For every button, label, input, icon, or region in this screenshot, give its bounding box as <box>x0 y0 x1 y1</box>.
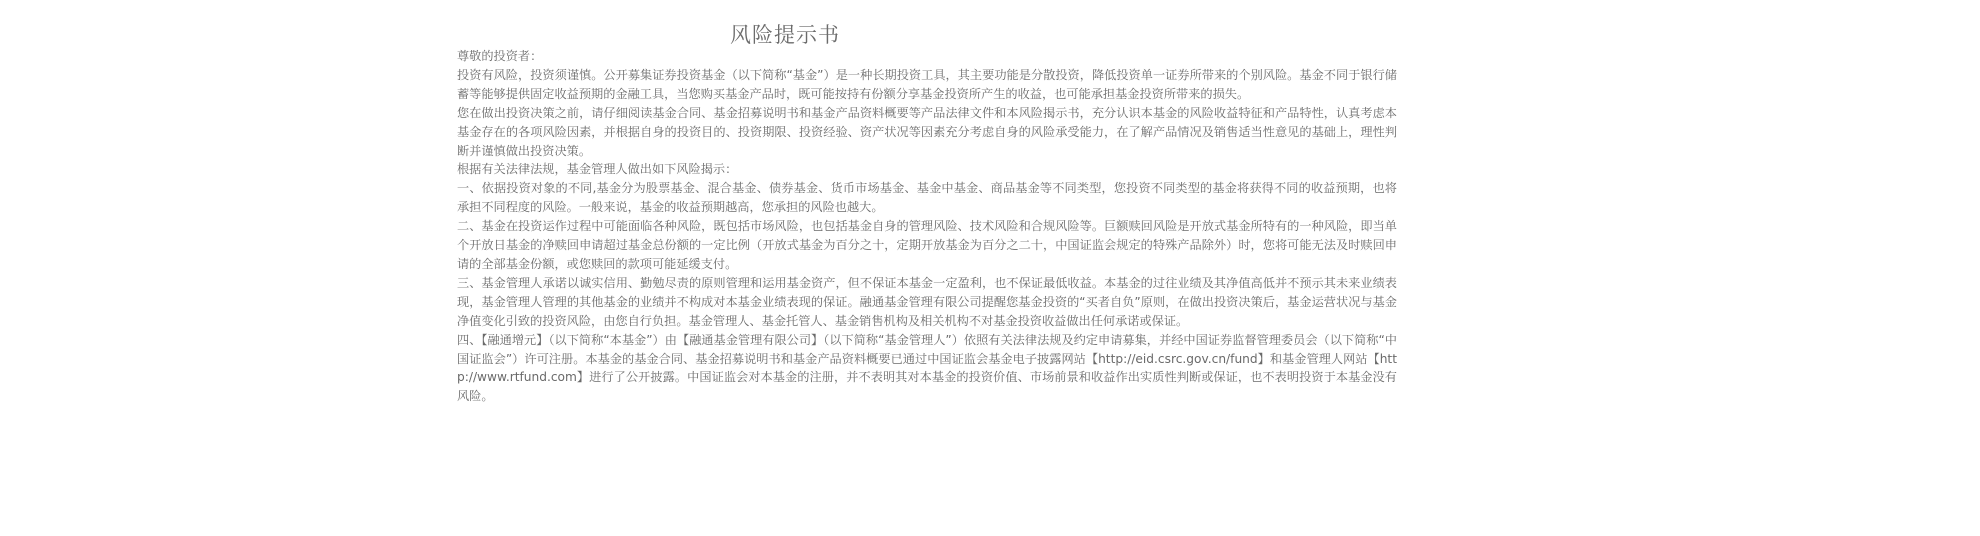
page-title: 风险提示书 <box>0 20 1570 50</box>
greeting: 尊敬的投资者： <box>457 47 1397 66</box>
paragraph-disclosure-lead: 根据有关法律法规，基金管理人做出如下风险揭示： <box>457 160 1397 179</box>
document-body: 尊敬的投资者： 投资有风险，投资须谨慎。公开募集证券投资基金（以下简称“基金”）… <box>457 47 1397 406</box>
risk-item-4: 四、【融通增元】（以下简称“本基金”）由【融通基金管理有限公司】（以下简称“基金… <box>457 331 1397 407</box>
risk-item-3: 三、基金管理人承诺以诚实信用、勤勉尽责的原则管理和运用基金资产，但不保证本基金一… <box>457 274 1397 331</box>
paragraph-intro: 投资有风险，投资须谨慎。公开募集证券投资基金（以下简称“基金”）是一种长期投资工… <box>457 66 1397 104</box>
risk-item-1: 一、依据投资对象的不同,基金分为股票基金、混合基金、债券基金、货币市场基金、基金… <box>457 179 1397 217</box>
paragraph-before-decision: 您在做出投资决策之前，请仔细阅读基金合同、基金招募说明书和基金产品资料概要等产品… <box>457 104 1397 161</box>
risk-item-2: 二、基金在投资运作过程中可能面临各种风险，既包括市场风险，也包括基金自身的管理风… <box>457 217 1397 274</box>
